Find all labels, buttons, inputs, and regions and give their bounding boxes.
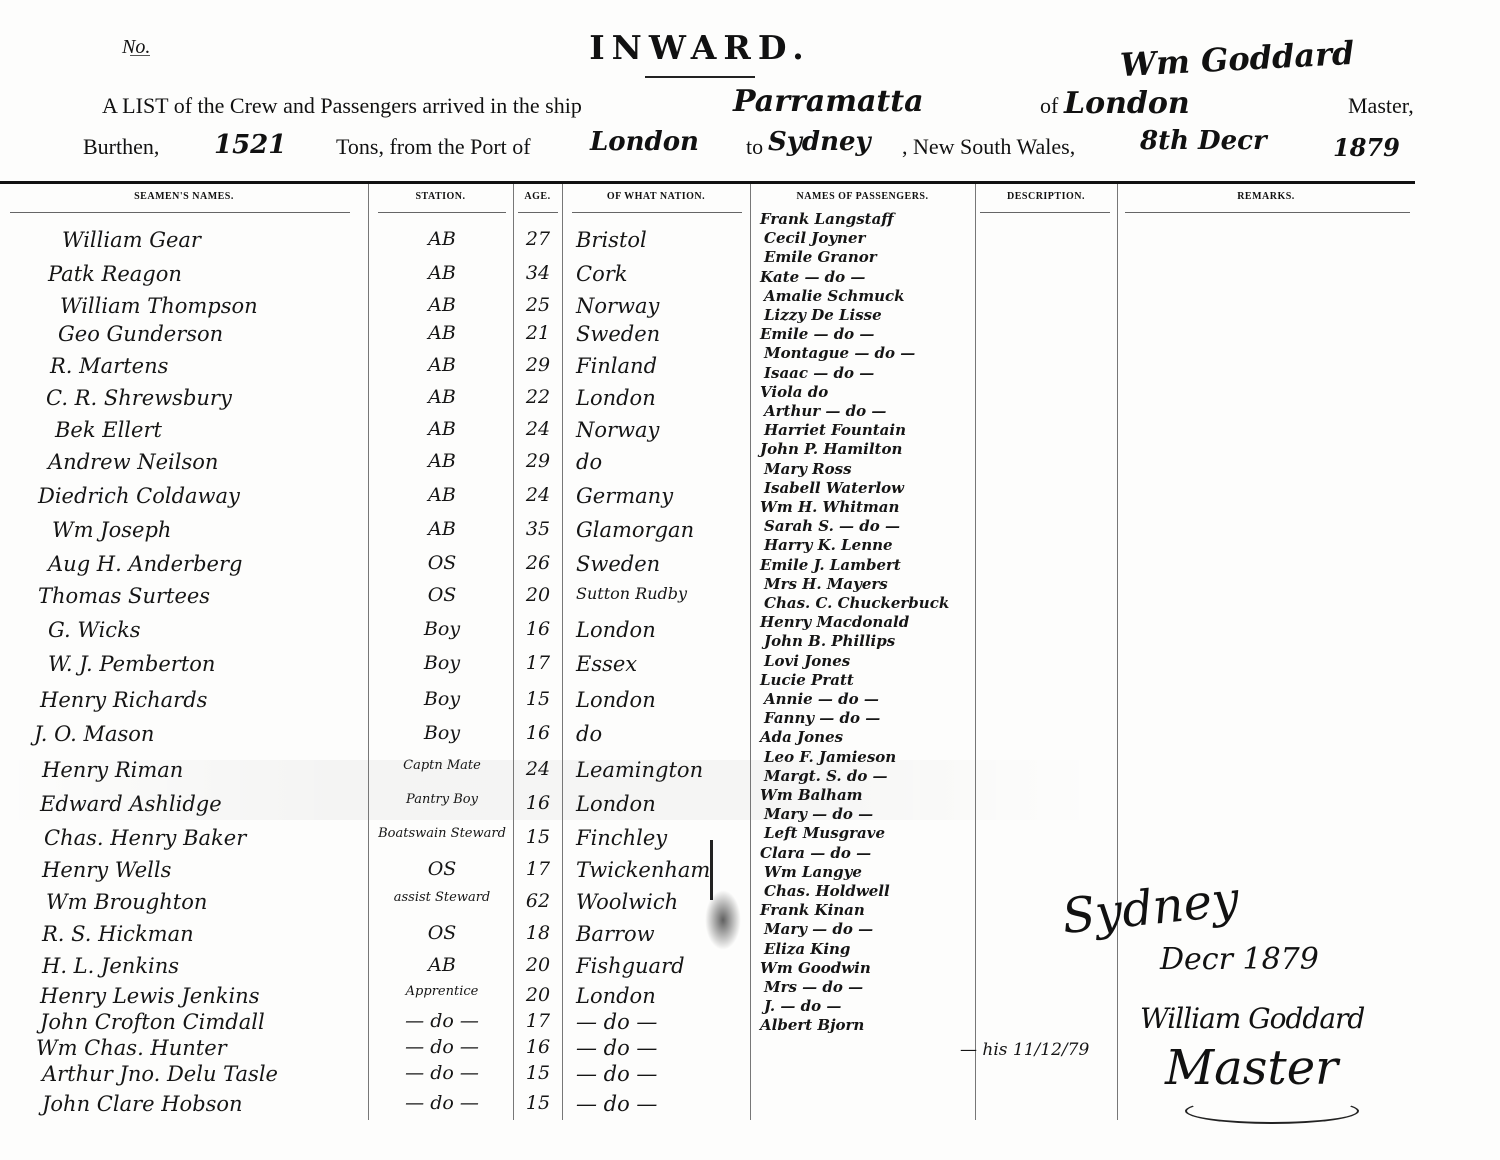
ship-name: Parramatta [733, 84, 924, 119]
crew-name: Wm Broughton [46, 890, 207, 914]
crew-name: H. L. Jenkins [42, 954, 179, 978]
crew-station: OS [372, 922, 512, 944]
crew-name: G. Wicks [48, 618, 141, 642]
crew-name: Henry Richards [40, 688, 207, 712]
crew-age: 20 [513, 584, 563, 606]
crew-name: John Clare Hobson [42, 1092, 243, 1116]
column-header-station: STATION. [368, 191, 513, 202]
ship-home-port: London [1064, 86, 1190, 121]
crew-name: W. J. Pemberton [48, 652, 215, 676]
crew-station: OS [372, 584, 512, 606]
tons-from-label: Tons, from the Port of [336, 134, 531, 160]
crew-age: 15 [513, 1062, 563, 1084]
passenger-name: Arthur — do — [764, 402, 886, 420]
crew-nation: Norway [576, 418, 659, 442]
crew-name: Patk Reagon [48, 262, 182, 286]
crew-age: 16 [513, 1036, 563, 1058]
crew-station: AB [372, 418, 512, 440]
of-label: of [1040, 93, 1058, 119]
passenger-name: Mrs H. Mayers [764, 575, 888, 593]
column-divider [368, 184, 369, 1120]
column-divider [1117, 184, 1118, 1120]
crew-nation: — do — [576, 1036, 657, 1060]
header-rule [1125, 212, 1410, 213]
document-number-line [130, 55, 150, 56]
passenger-name: John P. Hamilton [760, 440, 902, 458]
crew-age: 15 [513, 826, 563, 848]
crew-name: Henry Riman [42, 758, 183, 782]
crew-name: Andrew Neilson [48, 450, 218, 474]
crew-station: AB [372, 228, 512, 250]
column-header-seamen: SEAMEN'S NAMES. [0, 191, 368, 202]
crew-station: AB [372, 450, 512, 472]
column-header-remarks: REMARKS. [1117, 191, 1415, 202]
crew-station: AB [372, 484, 512, 506]
crew-age: 15 [513, 1092, 563, 1114]
crew-age: 34 [513, 262, 563, 284]
departure-port: London [590, 127, 699, 157]
crew-name: R. Martens [50, 354, 168, 378]
crew-nation: Sutton Rudby [576, 584, 687, 603]
crew-name: Diedrich Coldaway [38, 484, 240, 508]
header-rule [980, 212, 1110, 213]
crew-name: C. R. Shrewsbury [46, 386, 232, 410]
passenger-name: Isabell Waterlow [764, 479, 904, 497]
crew-name: Chas. Henry Baker [44, 826, 246, 850]
column-header-description: DESCRIPTION. [975, 191, 1117, 202]
signature-date: Decr 1879 [1160, 942, 1319, 977]
crew-name: Wm Joseph [52, 518, 171, 542]
crew-station: assist Steward [372, 890, 512, 905]
header-rule [518, 212, 558, 213]
arrival-port: Sydney [768, 127, 871, 157]
crew-station: Boy [372, 618, 512, 640]
signature-flourish [1185, 1098, 1359, 1124]
crew-station: AB [372, 262, 512, 284]
crew-station: Pantry Boy [372, 792, 512, 807]
crew-nation: Bristol [576, 228, 647, 252]
crew-age: 20 [513, 984, 563, 1006]
header-rule [378, 212, 506, 213]
passenger-name: J. — do — [764, 997, 841, 1015]
crew-age: 25 [513, 294, 563, 316]
passenger-name: Clara — do — [760, 844, 871, 862]
passenger-name: Lovi Jones [764, 652, 850, 670]
crew-station: AB [372, 294, 512, 316]
crew-station: AB [372, 322, 512, 344]
passenger-name: Lucie Pratt [760, 671, 854, 689]
crew-nation: — do — [576, 1010, 657, 1034]
crew-station: AB [372, 954, 512, 976]
passenger-name: Chas. Holdwell [764, 882, 890, 900]
crew-nation: London [576, 618, 656, 642]
table-top-rule [0, 181, 1415, 184]
tonnage-value: 1521 [214, 130, 286, 160]
passenger-name: Albert Bjorn [760, 1016, 864, 1034]
crew-nation: Finchley [576, 826, 667, 850]
crew-station: — do — [372, 1062, 512, 1084]
passenger-name: Ada Jones [760, 728, 843, 746]
crew-nation: Cork [576, 262, 627, 286]
crew-nation: London [576, 688, 656, 712]
column-header-age: AGE. [513, 191, 562, 202]
crew-name: Wm Chas. Hunter [36, 1036, 227, 1060]
crew-name: Henry Lewis Jenkins [40, 984, 259, 1008]
crew-name: William Thompson [60, 294, 258, 318]
passenger-name: Mary Ross [764, 460, 852, 478]
crew-nation: Glamorgan [576, 518, 694, 542]
crew-nation: Sweden [576, 322, 660, 346]
crew-station: OS [372, 858, 512, 880]
arrival-year: 1879 [1333, 133, 1400, 162]
to-label: to [746, 134, 763, 160]
master-label: Master, [1348, 93, 1414, 119]
crew-name: J. O. Mason [34, 722, 154, 746]
remark-note: — his 11/12/79 [960, 1040, 1089, 1060]
crew-station: — do — [372, 1010, 512, 1032]
crew-name: Edward Ashlidge [40, 792, 222, 816]
passenger-name: Mary — do — [764, 805, 873, 823]
passenger-name: Viola do [760, 383, 828, 401]
passenger-name: Kate — do — [760, 268, 865, 286]
column-header-nation: OF WHAT NATION. [562, 191, 750, 202]
signature-title: Master [1165, 1040, 1338, 1096]
crew-station: OS [372, 552, 512, 574]
column-header-passengers: NAMES OF PASSENGERS. [750, 191, 975, 202]
crew-name: John Crofton Cimdall [40, 1010, 265, 1034]
crew-station: Captn Mate [372, 758, 512, 773]
crew-age: 62 [513, 890, 563, 912]
crew-station: Boy [372, 722, 512, 744]
passenger-name: Cecil Joyner [764, 229, 865, 247]
signature-place: Sydney [1060, 871, 1242, 945]
crew-age: 15 [513, 688, 563, 710]
passenger-name: Sarah S. — do — [764, 517, 900, 535]
passenger-name: John B. Phillips [764, 632, 895, 650]
crew-age: 26 [513, 552, 563, 574]
crew-age: 29 [513, 450, 563, 472]
crew-age: 29 [513, 354, 563, 376]
crew-age: 16 [513, 722, 563, 744]
crew-name: Aug H. Anderberg [48, 552, 242, 576]
passenger-name: Emile — do — [760, 325, 874, 343]
crew-station: Apprentice [372, 984, 512, 999]
crew-age: 22 [513, 386, 563, 408]
passenger-name: Harry K. Lenne [764, 536, 893, 554]
passenger-name: Mrs — do — [764, 978, 863, 996]
crew-name: R. S. Hickman [42, 922, 194, 946]
crew-nation: Twickenham [576, 858, 710, 882]
crew-nation: — do — [576, 1062, 657, 1086]
crew-age: 17 [513, 1010, 563, 1032]
passenger-name: Margt. S. do — [764, 767, 888, 785]
crew-station: Boatswain Steward [372, 826, 512, 841]
crew-name: Arthur Jno. Delu Tasle [42, 1062, 278, 1086]
title-underline [645, 76, 755, 78]
passenger-name: Left Musgrave [764, 824, 885, 842]
crew-name: Thomas Surtees [38, 584, 210, 608]
crew-nation: Finland [576, 354, 657, 378]
crew-age: 27 [513, 228, 563, 250]
crew-nation: Leamington [576, 758, 703, 782]
passenger-name: Wm Balham [760, 786, 863, 804]
crew-nation: Barrow [576, 922, 655, 946]
crew-nation: do [576, 722, 602, 746]
passenger-name: Frank Kinan [760, 901, 865, 919]
crew-station: — do — [372, 1036, 512, 1058]
passenger-name: Mary — do — [764, 920, 873, 938]
signature-name: William Goddard [1140, 1002, 1364, 1035]
column-divider [975, 184, 976, 1120]
burthen-label: Burthen, [83, 134, 159, 160]
crew-nation: London [576, 984, 656, 1008]
crew-station: Boy [372, 688, 512, 710]
crew-station: AB [372, 518, 512, 540]
passenger-name: Amalie Schmuck [764, 287, 905, 305]
crew-nation: — do — [576, 1092, 657, 1116]
crew-age: 18 [513, 922, 563, 944]
passenger-name: Fanny — do — [764, 709, 880, 727]
crew-age: 24 [513, 418, 563, 440]
crew-nation: Sweden [576, 552, 660, 576]
crew-nation: London [576, 386, 656, 410]
crew-age: 20 [513, 954, 563, 976]
crew-name: William Gear [62, 228, 201, 252]
passenger-name: Wm Goodwin [760, 959, 871, 977]
passenger-name: Wm H. Whitman [760, 498, 899, 516]
list-intro-text: A LIST of the Crew and Passengers arrive… [102, 93, 582, 119]
crew-nation: Essex [576, 652, 637, 676]
passenger-name: Emile J. Lambert [760, 556, 901, 574]
crew-nation: Germany [576, 484, 673, 508]
passenger-name: Isaac — do — [764, 364, 874, 382]
crew-station: AB [372, 354, 512, 376]
crew-nation: London [576, 792, 656, 816]
crew-nation: Woolwich [576, 890, 678, 914]
crew-station: Boy [372, 652, 512, 674]
crew-age: 16 [513, 618, 563, 640]
crew-age: 24 [513, 484, 563, 506]
master-signature: Wm Goddard [1119, 34, 1355, 84]
column-divider [750, 184, 751, 1120]
header-rule [572, 212, 742, 213]
crew-age: 21 [513, 322, 563, 344]
header-rule [10, 212, 350, 213]
crew-nation: Norway [576, 294, 659, 318]
crew-age: 35 [513, 518, 563, 540]
region-label: , New South Wales, [902, 134, 1075, 160]
passenger-name: Henry Macdonald [760, 613, 909, 631]
passenger-name: Wm Langye [764, 863, 862, 881]
passenger-name: Harriet Fountain [764, 421, 906, 439]
passenger-name: Chas. C. Chuckerbuck [764, 594, 949, 612]
crew-station: AB [372, 386, 512, 408]
crew-name: Bek Ellert [55, 418, 162, 442]
crew-name: Henry Wells [42, 858, 171, 882]
passenger-name: Annie — do — [764, 690, 879, 708]
crew-name: Geo Gunderson [58, 322, 223, 346]
passenger-name: Leo F. Jamieson [764, 748, 896, 766]
ink-blot [705, 890, 741, 950]
crew-nation: do [576, 450, 602, 474]
passenger-name: Eliza King [764, 940, 850, 958]
passenger-name: Frank Langstaff [760, 210, 894, 228]
page-title: INWARD. [560, 28, 840, 67]
crew-age: 17 [513, 652, 563, 674]
crew-station: — do — [372, 1092, 512, 1114]
crew-age: 16 [513, 792, 563, 814]
crew-age: 17 [513, 858, 563, 880]
passenger-name: Montague — do — [764, 344, 915, 362]
crew-age: 24 [513, 758, 563, 780]
arrival-date: 8th Decr [1140, 126, 1267, 156]
manifest-page: No. INWARD. Wm Goddard A LIST of the Cre… [0, 0, 1500, 1160]
crew-nation: Fishguard [576, 954, 685, 978]
passenger-name: Lizzy De Lisse [764, 306, 882, 324]
passenger-name: Emile Granor [764, 248, 877, 266]
